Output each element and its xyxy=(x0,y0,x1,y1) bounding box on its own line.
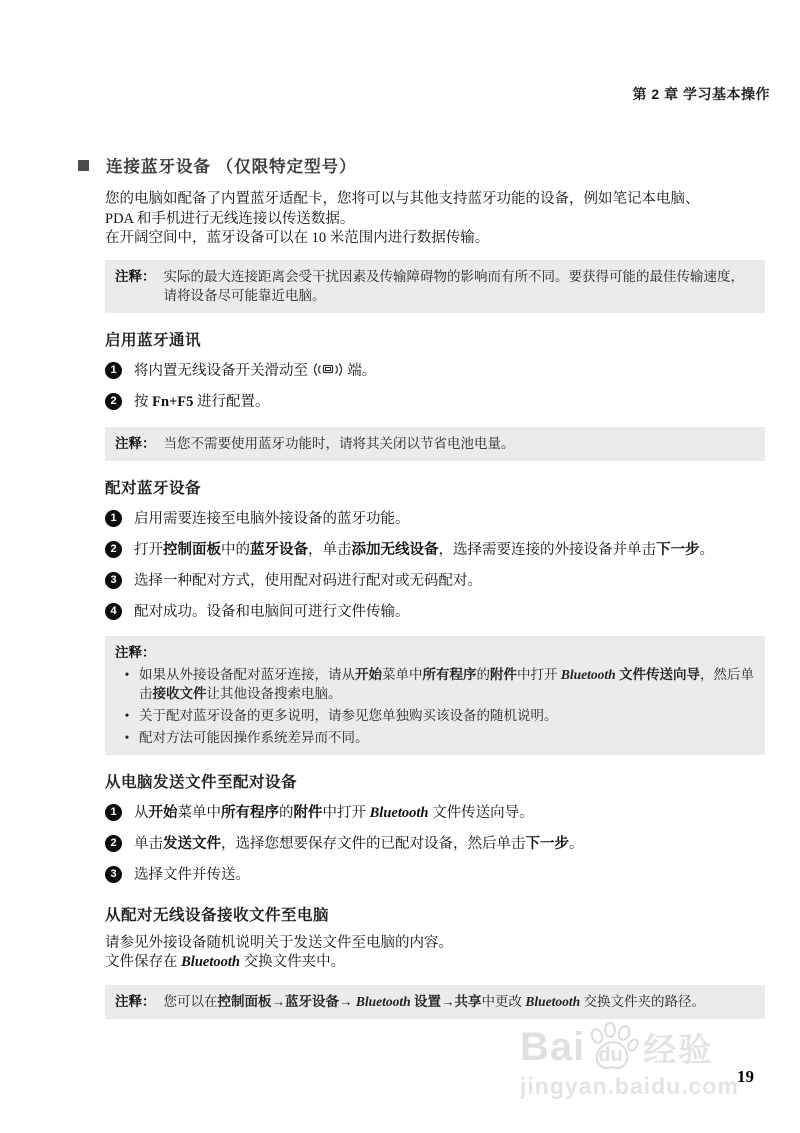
step-row: 1 从开始菜单中所有程序的附件中打开 Bluetooth 文件传送向导。 xyxy=(105,803,768,823)
step-badge: 1 xyxy=(105,804,122,821)
watermark-logo-row: Bai du 经验 xyxy=(520,1022,770,1072)
intro-line: 在开阔空间中，蓝牙设备可以在 10 米范围内进行数据传输。 xyxy=(105,229,768,249)
step-row: 1 将内置无线设备开关滑动至 端。 xyxy=(105,361,768,381)
receive-line: 文件保存在 Bluetooth 交换文件夹中。 xyxy=(105,953,768,973)
note-bullet-text: 如果从外接设备配对蓝牙连接，请从开始菜单中所有程序的附件中打开 Bluetoot… xyxy=(139,665,755,703)
note-text: 当您不需要使用蓝牙功能时，请将其关闭以节省电池电量。 xyxy=(164,434,515,453)
intro-line: PDA 和手机进行无线连接以传送数据。 xyxy=(105,210,768,230)
manual-page: 第 2 章 学习基本操作 连接蓝牙设备 （仅限特定型号） 您的电脑如配备了内置蓝… xyxy=(0,0,800,1133)
page-content: 连接蓝牙设备 （仅限特定型号） 您的电脑如配备了内置蓝牙适配卡，您将可以与其他支… xyxy=(78,153,768,1019)
note-folder: 注释： 您可以在控制面板→蓝牙设备→ Bluetooth 设置→共享中更改 Bl… xyxy=(105,985,765,1019)
page-number: 19 xyxy=(737,1067,754,1087)
receive-paragraph: 请参见外接设备随机说明关于发送文件至电脑的内容。 文件保存在 Bluetooth… xyxy=(105,934,768,973)
note-label: 注释： xyxy=(115,643,747,662)
heading-send-files: 从电脑发送文件至配对设备 xyxy=(105,770,768,792)
note-bullet: • 配对方法可能因操作系统差异而不同。 xyxy=(115,728,755,747)
section-title: 连接蓝牙设备 （仅限特定型号） xyxy=(106,153,357,177)
watermark-bai-text: Bai xyxy=(520,1025,585,1070)
section-square-icon xyxy=(78,160,89,171)
chapter-header: 第 2 章 学习基本操作 xyxy=(633,84,770,104)
note-text: 实际的最大连接距离会受干扰因素及传输障碍物的影响而有所不同。要获得可能的最佳传输… xyxy=(164,267,756,305)
heading-pair-devices: 配对蓝牙设备 xyxy=(105,476,768,498)
note-battery: 注释： 当您不需要使用蓝牙功能时，请将其关闭以节省电池电量。 xyxy=(105,427,765,461)
bullet-icon: • xyxy=(115,665,139,703)
note-label: 注释： xyxy=(115,434,156,453)
step-text: 选择一种配对方式，使用配对码进行配对或无码配对。 xyxy=(134,571,482,591)
intro-paragraph: 您的电脑如配备了内置蓝牙适配卡，您将可以与其他支持蓝牙功能的设备，例如笔记本电脑… xyxy=(105,190,768,249)
note-label: 注释： xyxy=(115,267,156,305)
wireless-switch-icon xyxy=(314,362,342,377)
step-text: 启用需要连接至电脑外接设备的蓝牙功能。 xyxy=(134,509,410,529)
watermark-du-text: du xyxy=(598,1044,622,1067)
note-bullet-text: 关于配对蓝牙设备的更多说明，请参见您单独购买该设备的随机说明。 xyxy=(139,706,755,725)
bullet-icon: • xyxy=(115,728,139,747)
intro-line: 您的电脑如配备了内置蓝牙适配卡，您将可以与其他支持蓝牙功能的设备，例如笔记本电脑… xyxy=(105,190,768,210)
step-badge: 1 xyxy=(105,362,122,379)
step-text: 从开始菜单中所有程序的附件中打开 Bluetooth 文件传送向导。 xyxy=(134,803,534,823)
step-text: 单击发送文件，选择您想要保存文件的已配对设备，然后单击下一步。 xyxy=(134,834,584,854)
step-badge: 2 xyxy=(105,835,122,852)
step-badge: 2 xyxy=(105,541,122,558)
note-bullet-text: 配对方法可能因操作系统差异而不同。 xyxy=(139,728,755,747)
bullet-icon: • xyxy=(115,706,139,725)
step-row: 2 打开控制面板中的蓝牙设备，单击添加无线设备，选择需要连接的外接设备并单击下一… xyxy=(105,540,768,560)
heading-enable-bluetooth: 启用蓝牙通讯 xyxy=(105,328,768,350)
step-text: 按 Fn+F5 进行配置。 xyxy=(134,392,270,412)
step-text: 配对成功。设备和电脑间可进行文件传输。 xyxy=(134,602,410,622)
paw-icon: du xyxy=(587,1022,639,1072)
note-bullet-list: • 如果从外接设备配对蓝牙连接，请从开始菜单中所有程序的附件中打开 Blueto… xyxy=(115,665,755,747)
step-text: 选择文件并传送。 xyxy=(134,865,250,885)
heading-receive-files: 从配对无线设备接收文件至电脑 xyxy=(105,903,768,925)
step-row: 4 配对成功。设备和电脑间可进行文件传输。 xyxy=(105,602,768,622)
section-title-row: 连接蓝牙设备 （仅限特定型号） xyxy=(78,153,768,177)
step-text: 打开控制面板中的蓝牙设备，单击添加无线设备，选择需要连接的外接设备并单击下一步。 xyxy=(134,540,714,560)
note-text: 您可以在控制面板→蓝牙设备→ Bluetooth 设置→共享中更改 Blueto… xyxy=(164,992,706,1011)
note-pairing: 注释： • 如果从外接设备配对蓝牙连接，请从开始菜单中所有程序的附件中打开 Bl… xyxy=(105,636,765,755)
step-badge: 3 xyxy=(105,572,122,589)
step-text-pre: 将内置无线设备开关滑动至 xyxy=(134,363,312,379)
baidu-watermark: Bai du 经验 jingyan.baidu.com xyxy=(520,1022,770,1100)
step-row: 2 按 Fn+F5 进行配置。 xyxy=(105,392,768,412)
note-range: 注释： 实际的最大连接距离会受干扰因素及传输障碍物的影响而有所不同。要获得可能的… xyxy=(105,260,765,313)
step-row: 3 选择一种配对方式，使用配对码进行配对或无码配对。 xyxy=(105,571,768,591)
watermark-url: jingyan.baidu.com xyxy=(520,1073,770,1100)
note-label: 注释： xyxy=(115,992,156,1011)
step-text: 将内置无线设备开关滑动至 端。 xyxy=(134,361,376,381)
step-row: 2 单击发送文件，选择您想要保存文件的已配对设备，然后单击下一步。 xyxy=(105,834,768,854)
step-text-post: 端。 xyxy=(344,363,377,379)
receive-line: 请参见外接设备随机说明关于发送文件至电脑的内容。 xyxy=(105,934,768,954)
note-bullet: • 如果从外接设备配对蓝牙连接，请从开始菜单中所有程序的附件中打开 Blueto… xyxy=(115,665,755,703)
step-badge: 2 xyxy=(105,393,122,410)
step-row: 1 启用需要连接至电脑外接设备的蓝牙功能。 xyxy=(105,509,768,529)
step-row: 3 选择文件并传送。 xyxy=(105,865,768,885)
step-badge: 3 xyxy=(105,866,122,883)
watermark-jingyan-text: 经验 xyxy=(643,1024,713,1071)
step-badge: 1 xyxy=(105,510,122,527)
note-bullet: • 关于配对蓝牙设备的更多说明，请参见您单独购买该设备的随机说明。 xyxy=(115,706,755,725)
step-badge: 4 xyxy=(105,603,122,620)
